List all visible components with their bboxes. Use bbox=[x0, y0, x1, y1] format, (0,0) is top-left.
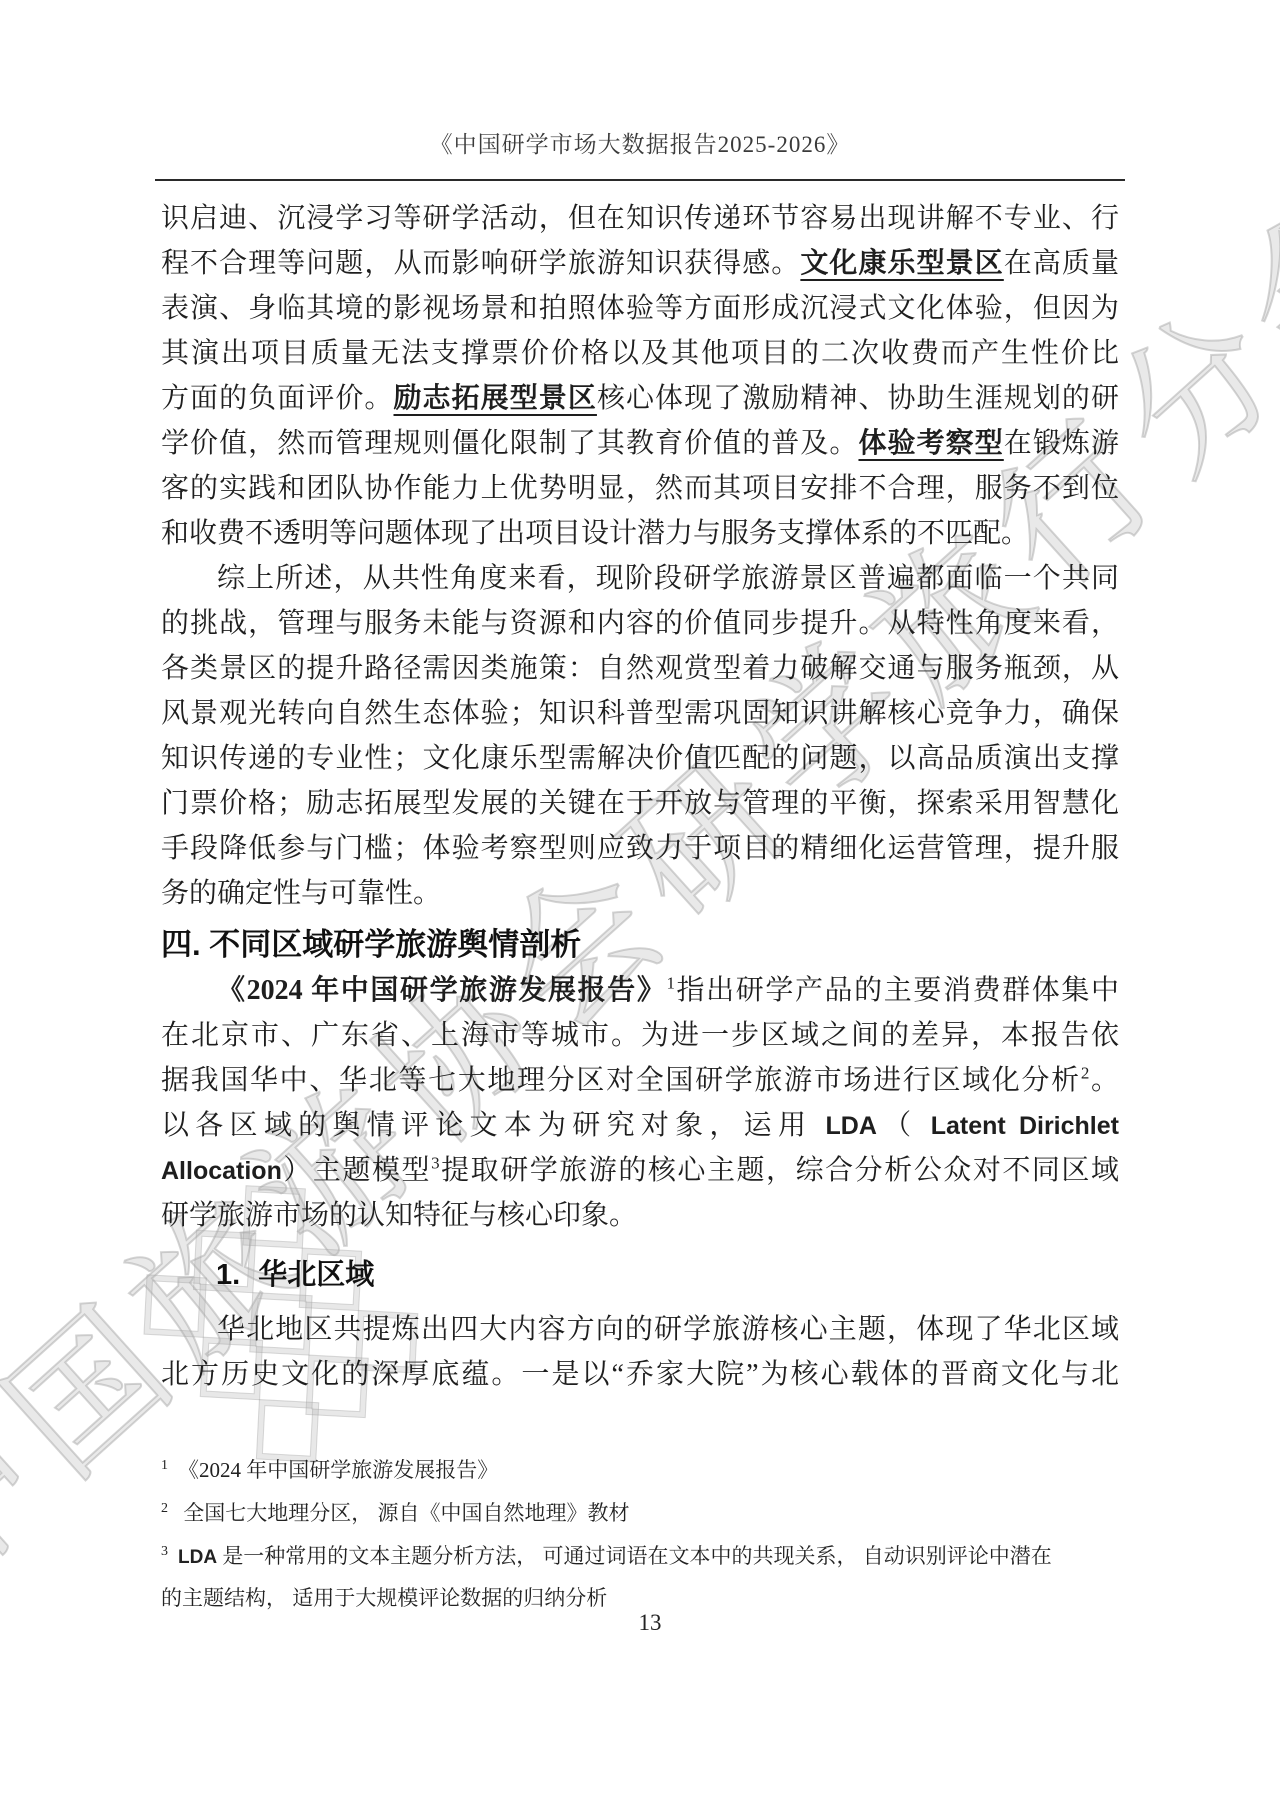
text-line: 以各区域的舆情评论文本为研究对象，运用 LDA（ Latent Dirichle… bbox=[161, 1103, 1119, 1148]
text-line: 北方历史文化的深厚底蕴。一是以“乔家大院”为核心载体的晋商文化与北 bbox=[161, 1352, 1119, 1397]
text-run: 方面的负面评价。 bbox=[161, 383, 394, 414]
text-run: 核心体现了激励精神、协助生涯规划的研 bbox=[597, 383, 1119, 414]
text-line: 客的实践和团队协作能力上优势明显，然而其项目安排不合理，服务不到位 bbox=[161, 466, 1119, 511]
footnote-line: 3LDA 是一种常用的文本主题分析方法， 可通过词语在文本中的共现关系， 自动识… bbox=[161, 1536, 1131, 1578]
text-run: 门票价格；励志拓展型发展的关键在于开放与管理的平衡，探索采用智慧化 bbox=[161, 788, 1119, 819]
text-line: 《2024 年中国研学旅游发展报告》1指出研学产品的主要消费群体集中 bbox=[161, 968, 1119, 1013]
page-number: 13 bbox=[0, 1610, 1280, 1636]
subsection-number: 1. bbox=[216, 1259, 240, 1291]
text-line: 的挑战，管理与服务未能与资源和内容的价值同步提升。从特性角度来看， bbox=[161, 601, 1119, 646]
text-run: ）主题模型 bbox=[282, 1155, 431, 1186]
text-run: 识启迪、沉浸学习等研学活动，但在知识传递环节容易出现讲解不专业、行 bbox=[161, 203, 1119, 234]
footnote-line: 2 全国七大地理分区， 源自《中国自然地理》教材 bbox=[161, 1493, 1131, 1533]
footnote-reference: 1 bbox=[666, 974, 675, 993]
text-line: 综上所述，从共性角度来看，现阶段研学旅游景区普遍都面临一个共同 bbox=[161, 556, 1119, 601]
text-run: 知识传递的专业性；文化康乐型需解决价值匹配的问题，以高品质演出支撑 bbox=[161, 743, 1119, 774]
text-run: 和收费不透明等问题体现了出项目设计潜力与服务支撑体系的不匹配。 bbox=[161, 518, 1029, 549]
text-line: 程不合理等问题，从而影响研学旅游知识获得感。文化康乐型景区在高质量 bbox=[161, 241, 1119, 286]
text-run: 据我国华中、华北等七大地理分区对全国研学旅游市场进行区域化分析 bbox=[161, 1065, 1081, 1096]
bold-text-run: 《2024 年中国研学旅游发展报告》 bbox=[217, 975, 666, 1006]
text-run: 的挑战，管理与服务未能与资源和内容的价值同步提升。从特性角度来看， bbox=[161, 608, 1119, 639]
text-line: 表演、身临其境的影视场景和拍照体验等方面形成沉浸式文化体验，但因为 bbox=[161, 286, 1119, 331]
text-run: 北方历史文化的深厚底蕴。一是以“乔家大院”为核心载体的晋商文化与北 bbox=[161, 1359, 1119, 1390]
text-line: 各类景区的提升路径需因类施策：自然观赏型着力破解交通与服务瓶颈，从 bbox=[161, 646, 1119, 691]
text-run: 全国七大地理分区， 源自《中国自然地理》教材 bbox=[178, 1501, 630, 1525]
footnote-marker: 3 bbox=[161, 1544, 168, 1559]
latin-text-run: Latent Dirichlet bbox=[931, 1112, 1119, 1140]
text-line: 在北京市、广东省、上海市等城市。为进一步区域之间的差异，本报告依 bbox=[161, 1013, 1119, 1058]
text-line: 务的确定性与可靠性。 bbox=[161, 871, 1119, 916]
text-run: 风景观光转向自然生态体验；知识科普型需巩固知识讲解核心竞争力，确保 bbox=[161, 698, 1119, 729]
text-line: 研学旅游市场的认知特征与核心印象。 bbox=[161, 1193, 1119, 1238]
footnote-item: 3LDA 是一种常用的文本主题分析方法， 可通过词语在文本中的共现关系， 自动识… bbox=[161, 1536, 1131, 1618]
text-line: 华北地区共提炼出四大内容方向的研学旅游核心主题，体现了华北区域 bbox=[161, 1307, 1119, 1352]
text-run: 其演出项目质量无法支撑票价价格以及其他项目的二次收费而产生性价比 bbox=[161, 338, 1119, 369]
subsection-title: 华北区域 bbox=[258, 1259, 374, 1291]
bold-underlined-term: 体验考察型 bbox=[858, 428, 1003, 459]
text-run: 指出研学产品的主要消费群体集中 bbox=[675, 975, 1119, 1006]
text-line: 门票价格；励志拓展型发展的关键在于开放与管理的平衡，探索采用智慧化 bbox=[161, 781, 1119, 826]
text-run: 的主题结构， 适用于大规模评论数据的归纳分析 bbox=[161, 1586, 607, 1610]
text-line: 风景观光转向自然生态体验；知识科普型需巩固知识讲解核心竞争力，确保 bbox=[161, 691, 1119, 736]
latin-text-run: LDA bbox=[826, 1112, 877, 1140]
text-run: 表演、身临其境的影视场景和拍照体验等方面形成沉浸式文化体验，但因为 bbox=[161, 293, 1119, 324]
text-run: 客的实践和团队协作能力上优势明显，然而其项目安排不合理，服务不到位 bbox=[161, 473, 1119, 504]
bold-underlined-term: 励志拓展型景区 bbox=[394, 383, 597, 414]
text-run: 以各区域的舆情评论文本为研究对象，运用 bbox=[161, 1110, 826, 1141]
paragraph: 《2024 年中国研学旅游发展报告》1指出研学产品的主要消费群体集中在北京市、广… bbox=[161, 968, 1119, 1238]
footnote-reference: 3 bbox=[431, 1154, 440, 1173]
text-run: 学价值，然而管理规则僵化限制了其教育价值的普及。 bbox=[161, 428, 858, 459]
paragraph: 识启迪、沉浸学习等研学活动，但在知识传递环节容易出现讲解不专业、行程不合理等问题… bbox=[161, 196, 1119, 556]
text-run: 务的确定性与可靠性。 bbox=[161, 878, 441, 909]
paragraph: 综上所述，从共性角度来看，现阶段研学旅游景区普遍都面临一个共同的挑战，管理与服务… bbox=[161, 556, 1119, 916]
footnote-item: 2 全国七大地理分区， 源自《中国自然地理》教材 bbox=[161, 1493, 1131, 1533]
text-run: 《2024 年中国研学旅游发展报告》 bbox=[178, 1458, 498, 1482]
text-run: 手段降低参与门槛；体验考察型则应致力于项目的精细化运营管理，提升服 bbox=[161, 833, 1119, 864]
text-line: 手段降低参与门槛；体验考察型则应致力于项目的精细化运营管理，提升服 bbox=[161, 826, 1119, 871]
subsection-heading: 1.华北区域 bbox=[161, 1254, 1119, 1296]
latin-text-run: LDA bbox=[178, 1547, 217, 1568]
text-line: 和收费不透明等问题体现了出项目设计潜力与服务支撑体系的不匹配。 bbox=[161, 511, 1119, 556]
text-run: 程不合理等问题，从而影响研学旅游知识获得感。 bbox=[161, 248, 800, 279]
document-body: 识启迪、沉浸学习等研学活动，但在知识传递环节容易出现讲解不专业、行程不合理等问题… bbox=[161, 196, 1119, 1397]
footnote-line: 1《2024 年中国研学旅游发展报告》 bbox=[161, 1450, 1131, 1490]
text-line: 学价值，然而管理规则僵化限制了其教育价值的普及。体验考察型在锻炼游 bbox=[161, 421, 1119, 466]
text-line: 识启迪、沉浸学习等研学活动，但在知识传递环节容易出现讲解不专业、行 bbox=[161, 196, 1119, 241]
paragraph: 华北地区共提炼出四大内容方向的研学旅游核心主题，体现了华北区域北方历史文化的深厚… bbox=[161, 1307, 1119, 1397]
section-heading: 四. 不同区域研学旅游舆情剖析 bbox=[161, 922, 1119, 968]
text-run: 在高质量 bbox=[1004, 248, 1119, 279]
latin-text-run: Allocation bbox=[161, 1157, 282, 1185]
text-line: 方面的负面评价。励志拓展型景区核心体现了激励精神、协助生涯规划的研 bbox=[161, 376, 1119, 421]
text-run: 研学旅游市场的认知特征与核心印象。 bbox=[161, 1200, 637, 1231]
text-line: 其演出项目质量无法支撑票价价格以及其他项目的二次收费而产生性价比 bbox=[161, 331, 1119, 376]
text-line: 据我国华中、华北等七大地理分区对全国研学旅游市场进行区域化分析2。 bbox=[161, 1058, 1119, 1103]
text-run: 在北京市、广东省、上海市等城市。为进一步区域之间的差异，本报告依 bbox=[161, 1020, 1119, 1051]
page-header-title: 《中国研学市场大数据报告2025-2026》 bbox=[0, 126, 1280, 159]
header-divider bbox=[155, 179, 1125, 181]
text-run: 提取研学旅游的核心主题，综合分析公众对不同区域 bbox=[440, 1155, 1119, 1186]
text-run: 综上所述，从共性角度来看，现阶段研学旅游景区普遍都面临一个共同 bbox=[217, 563, 1119, 594]
bold-underlined-term: 文化康乐型景区 bbox=[800, 248, 1003, 279]
document-page: 中国旅游协会研学旅行分会 ◇◇◇ ◇◇◇ ◇◇◇ 《中国研学市场大数据报告202… bbox=[0, 0, 1280, 1809]
footnote-marker: 1 bbox=[161, 1458, 168, 1473]
text-line: 知识传递的专业性；文化康乐型需解决价值匹配的问题，以高品质演出支撑 bbox=[161, 736, 1119, 781]
text-run: 在锻炼游 bbox=[1004, 428, 1119, 459]
text-run: 。 bbox=[1089, 1065, 1119, 1096]
text-line: Allocation）主题模型3提取研学旅游的核心主题，综合分析公众对不同区域 bbox=[161, 1148, 1119, 1193]
footnote-marker: 2 bbox=[161, 1501, 168, 1516]
text-run: 华北地区共提炼出四大内容方向的研学旅游核心主题，体现了华北区域 bbox=[217, 1314, 1119, 1345]
footnote-item: 1《2024 年中国研学旅游发展报告》 bbox=[161, 1450, 1131, 1490]
text-run: 是一种常用的文本主题分析方法， 可通过词语在文本中的共现关系， 自动识别评论中潜… bbox=[217, 1544, 1052, 1568]
footnotes-section: 1《2024 年中国研学旅游发展报告》2 全国七大地理分区， 源自《中国自然地理… bbox=[161, 1450, 1131, 1621]
text-run: （ bbox=[877, 1110, 931, 1141]
text-run: 各类景区的提升路径需因类施策：自然观赏型着力破解交通与服务瓶颈，从 bbox=[161, 653, 1119, 684]
